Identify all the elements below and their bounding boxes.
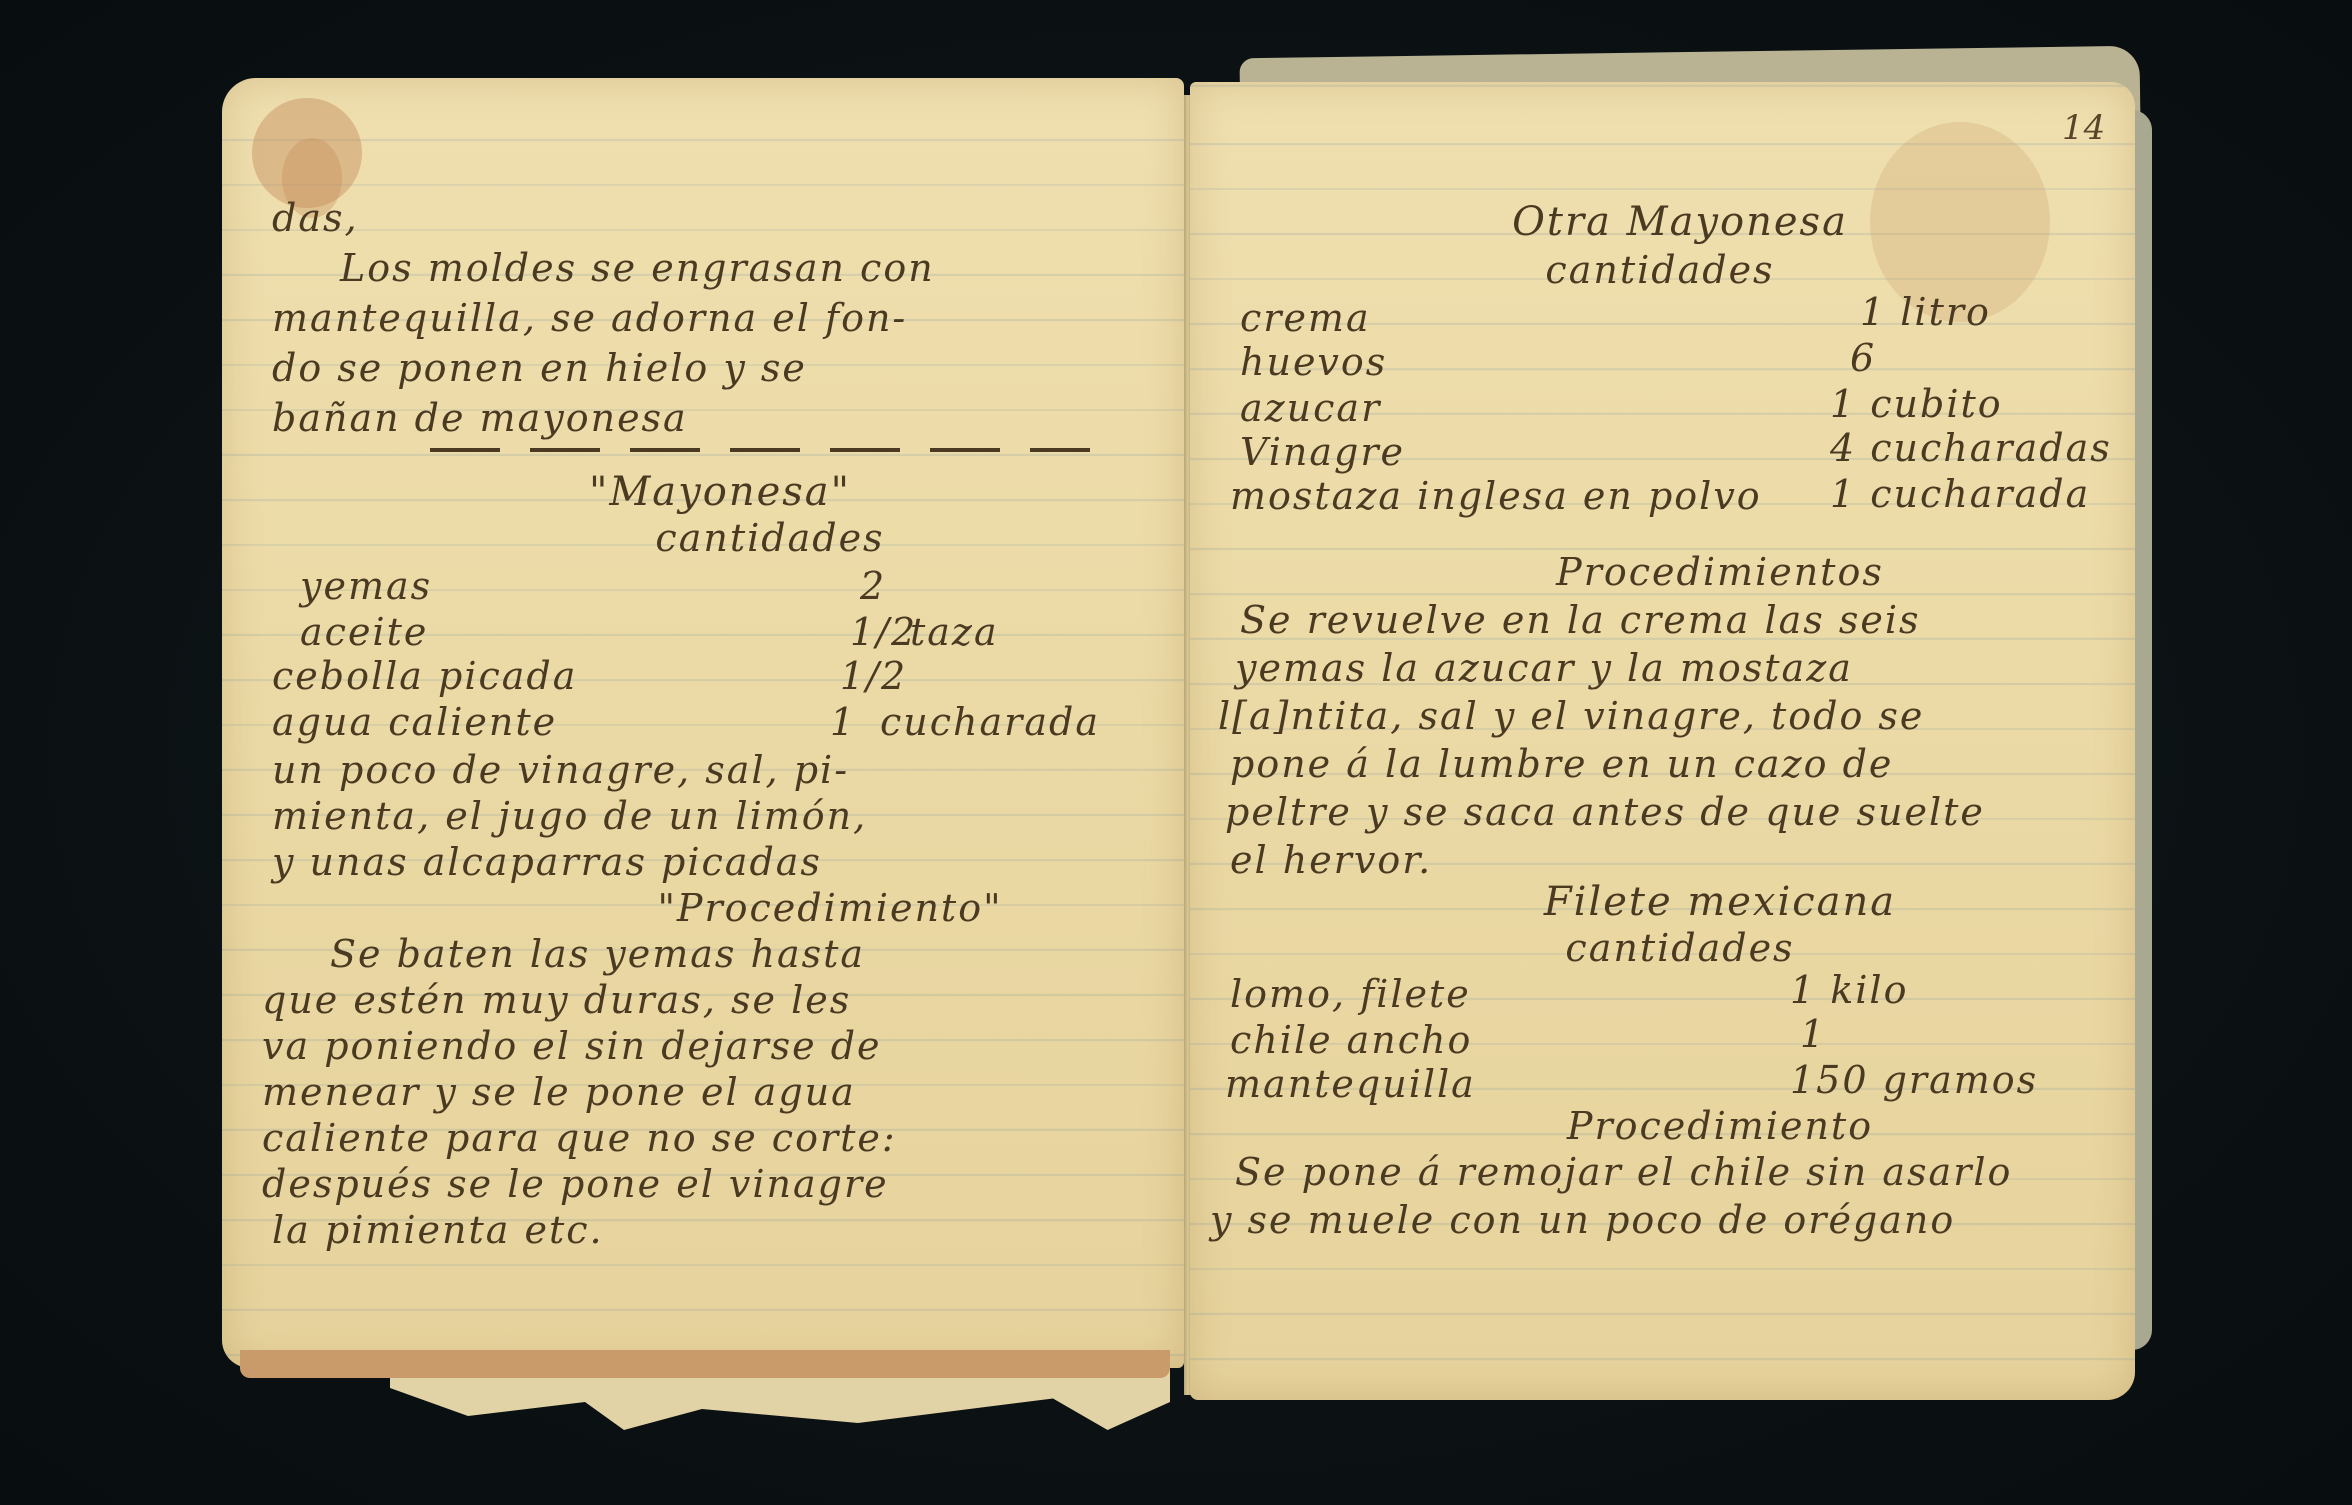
ingredient-unit: taza	[910, 610, 999, 654]
continuation-line: do se ponen en hielo y se	[272, 346, 807, 390]
ingredient-amount: 1 cubito	[1830, 382, 2003, 426]
ingredient-name: chile ancho	[1230, 1018, 1472, 1062]
continuation-line: mantequilla, se adorna el fon-	[272, 296, 907, 340]
recipe-title: Filete mexicana	[1544, 880, 1896, 924]
ingredient-name: Vinagre	[1240, 430, 1405, 474]
procedure-line: pone á la lumbre en un cazo de	[1230, 742, 1893, 786]
recipe-subtitle: cantidades	[1565, 926, 1794, 970]
procedure-line: Se revuelve en la crema las seis	[1240, 598, 1921, 642]
ingredient-name: azucar	[1240, 386, 1381, 430]
ingredient-name: agua caliente	[272, 700, 557, 744]
ingredient-quantity: 1/2	[840, 654, 907, 698]
procedure-title: Procedimientos	[1556, 550, 1884, 594]
section-separator	[430, 448, 1090, 452]
continuation-line: das,	[272, 196, 359, 240]
recipe-title: Otra Mayonesa	[1512, 200, 1848, 244]
procedure-line: el hervor.	[1230, 838, 1432, 882]
recipe-line: y unas alcaparras picadas	[272, 840, 822, 884]
procedure-line: la pimienta etc.	[272, 1208, 604, 1252]
recipe-title: "Mayonesa"	[589, 470, 851, 514]
recipe-line: mienta, el jugo de un limón,	[272, 794, 867, 838]
procedure-line: Se baten las yemas hasta	[330, 932, 865, 976]
ingredient-amount: 150 gramos	[1790, 1058, 2038, 1102]
ingredient-name: mostaza inglesa en polvo	[1230, 474, 1762, 518]
ingredient-name: huevos	[1240, 340, 1387, 384]
procedure-title: "Procedimiento"	[657, 886, 1002, 930]
ingredient-name: yemas	[300, 564, 432, 608]
procedure-line: después se le pone el vinagre	[262, 1162, 889, 1206]
procedure-line: y se muele con un poco de orégano	[1210, 1198, 1955, 1242]
ingredient-amount: 1 litro	[1860, 290, 1991, 334]
recipe-subtitle: cantidades	[1545, 248, 1774, 292]
ingredient-amount: 6	[1850, 336, 1876, 380]
ingredient-name: cebolla picada	[272, 654, 577, 698]
continuation-line: bañan de mayonesa	[272, 396, 688, 440]
procedure-line: l[a]ntita, sal y el vinagre, todo se	[1218, 694, 1924, 738]
page-bottom-band	[240, 1350, 1170, 1378]
continuation-line: Los moldes se engrasan con	[340, 246, 935, 290]
procedure-line: que estén muy duras, se les	[262, 978, 851, 1022]
ingredient-amount: 1 cucharada	[1830, 472, 2090, 516]
ingredient-name: crema	[1240, 296, 1371, 340]
recipe-subtitle: cantidades	[655, 516, 884, 560]
procedure-line: peltre y se saca antes de que suelte	[1225, 790, 1985, 834]
ingredient-amount: 1	[1800, 1012, 1826, 1056]
page-number: 14	[2062, 108, 2105, 148]
ingredient-name: lomo, filete	[1230, 972, 1471, 1016]
ingredient-name: aceite	[300, 610, 428, 654]
ingredient-name: mantequilla	[1225, 1062, 1476, 1106]
procedure-line: menear y se le pone el agua	[262, 1070, 856, 1114]
ingredient-quantity: 2	[860, 564, 886, 608]
ingredient-amount: 1 kilo	[1790, 968, 1908, 1012]
procedure-line: yemas la azucar y la mostaza	[1235, 646, 1853, 690]
procedure-line: caliente para que no se corte:	[262, 1116, 897, 1160]
recipe-line: un poco de vinagre, sal, pi-	[272, 748, 849, 792]
procedure-title: Procedimiento	[1567, 1104, 1873, 1148]
ingredient-quantity: 1	[830, 700, 856, 744]
procedure-line: va poniendo el sin dejarse de	[262, 1024, 882, 1068]
ingredient-unit: cucharada	[880, 700, 1100, 744]
ingredient-amount: 4 cucharadas	[1830, 426, 2112, 470]
procedure-line: Se pone á remojar el chile sin asarlo	[1235, 1150, 2012, 1194]
ingredient-quantity: 1/2	[850, 610, 917, 654]
